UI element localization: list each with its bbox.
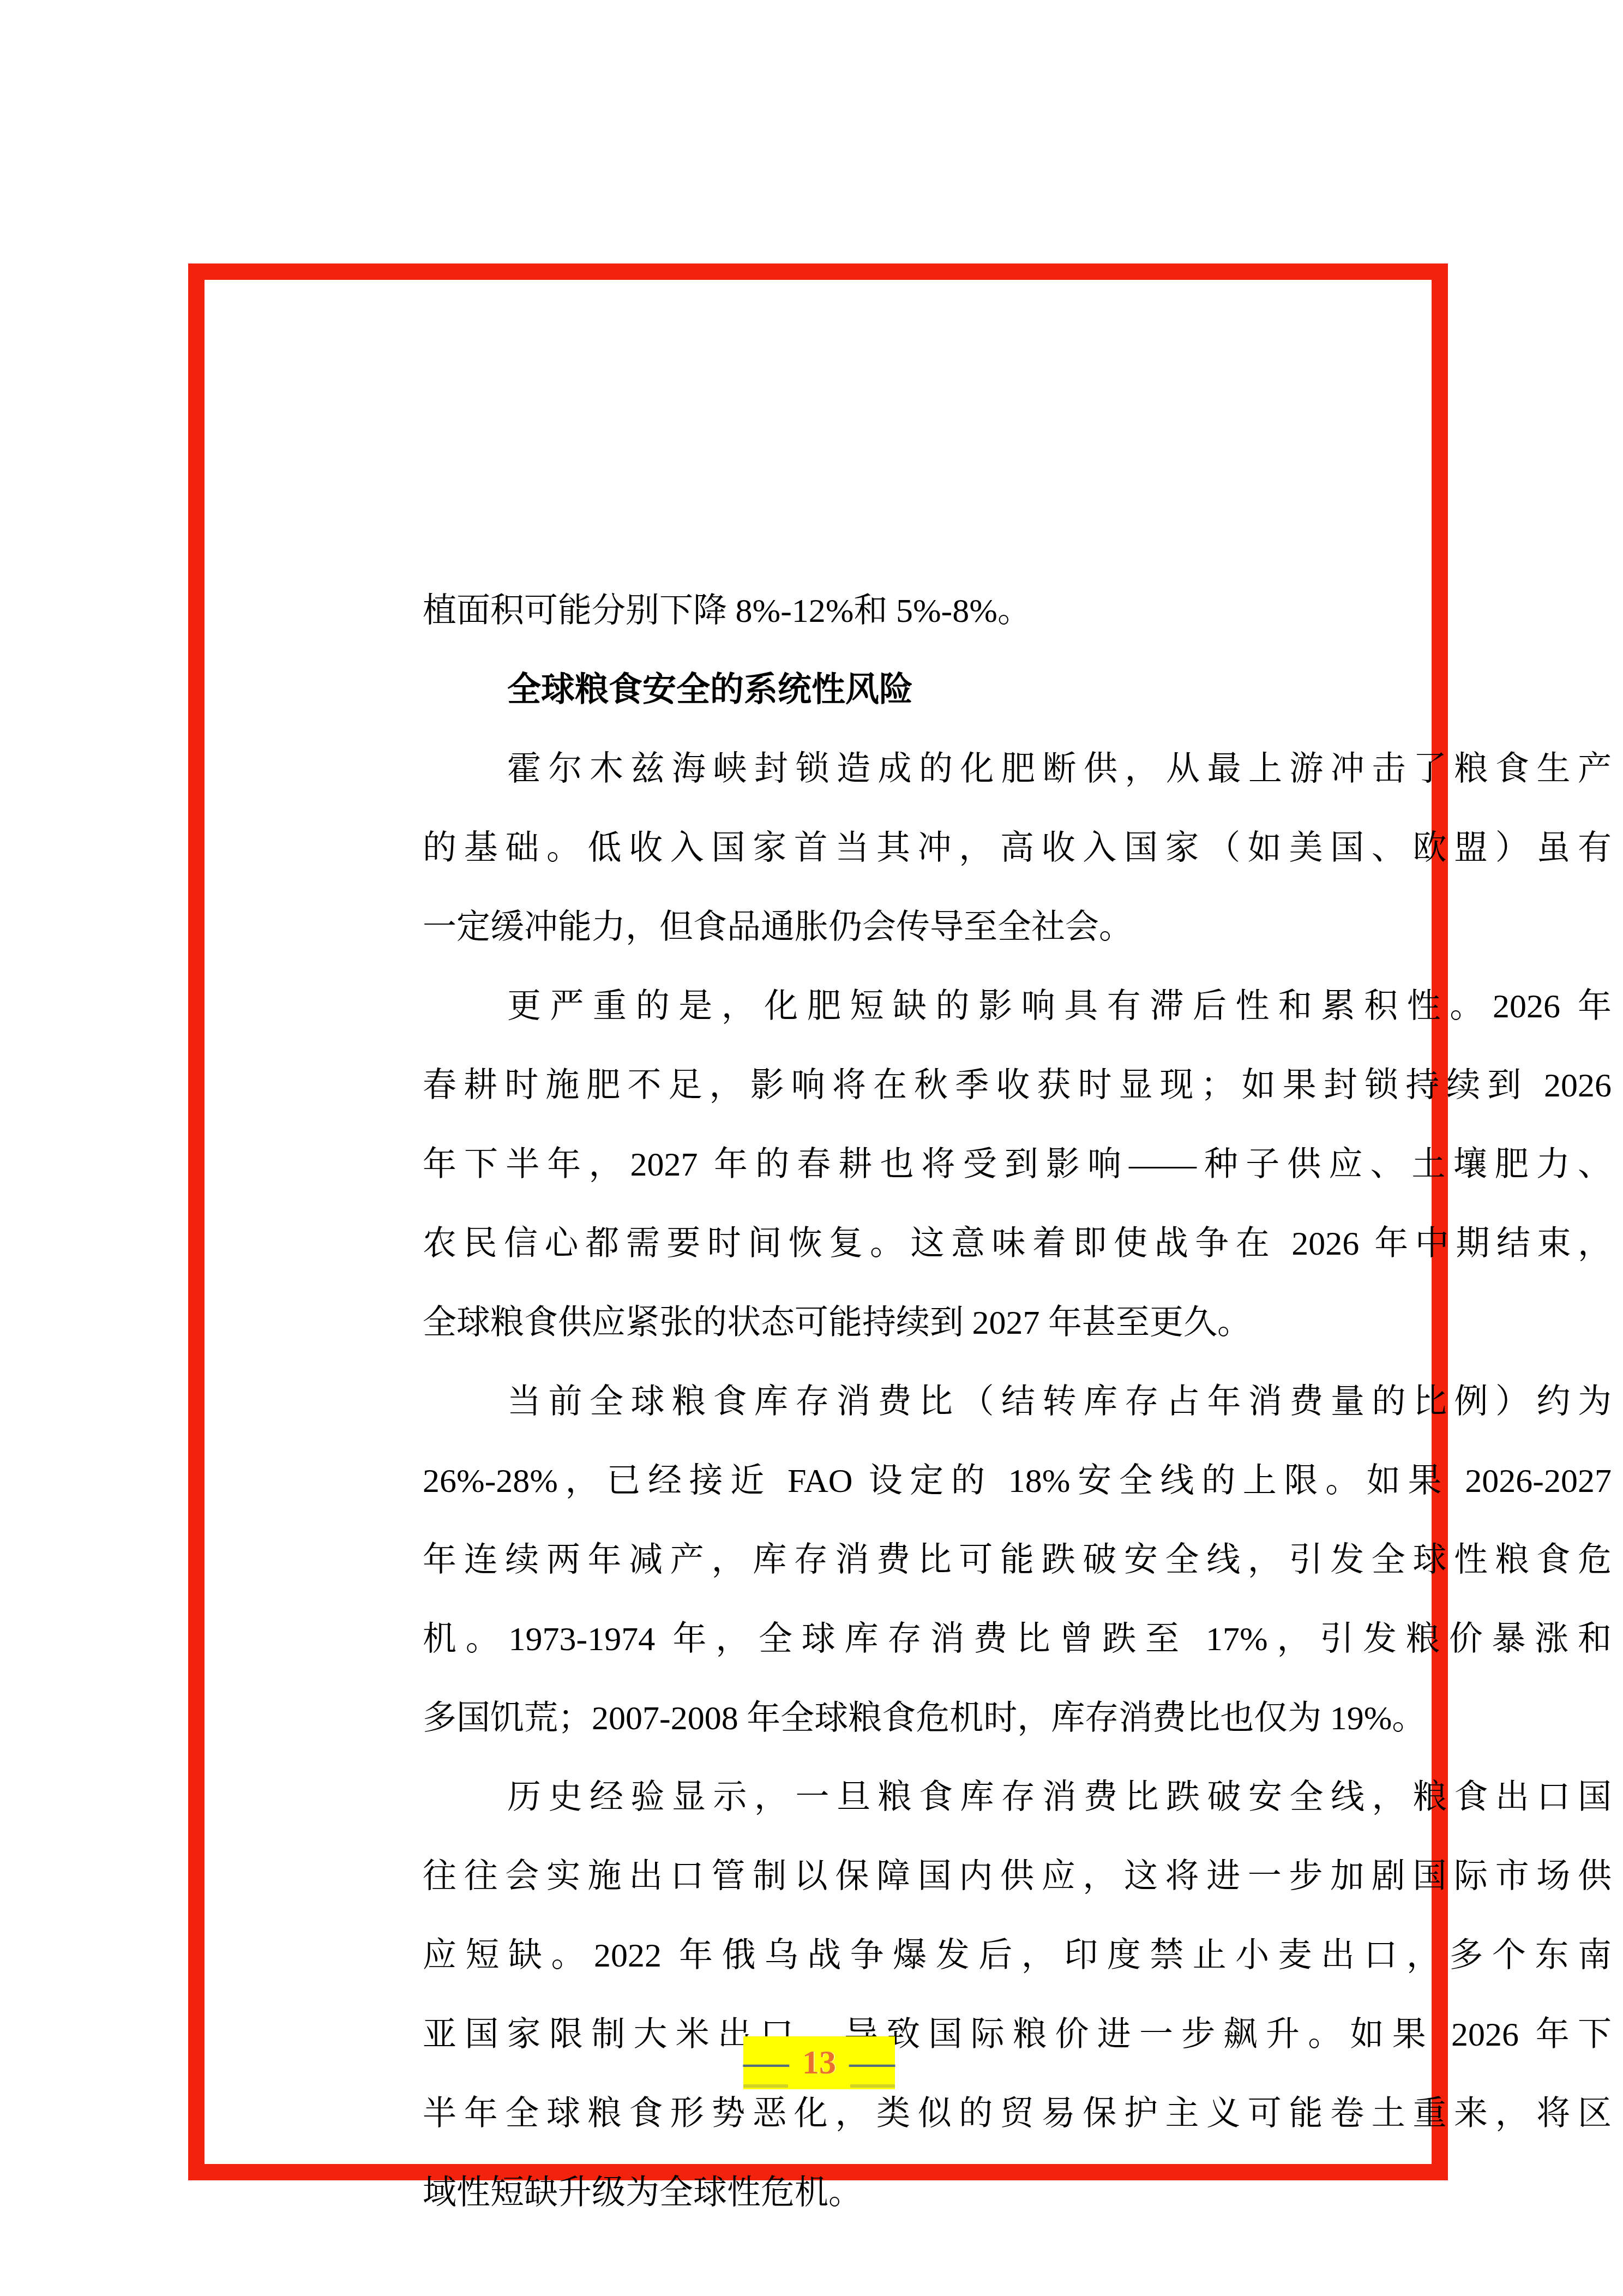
text-line: 年下半年，2027 年的春耕也将受到影响——种子供应、土壤肥力、 [423, 1125, 1612, 1204]
text-line: 半年全球粮食形势恶化，类似的贸易保护主义可能卷土重来，将区 [423, 2075, 1612, 2154]
footer-ghost-dash-left [743, 2084, 788, 2088]
text-line: 春耕时施肥不足，影响将在秋季收获时显现；如果封锁持续到 2026 [423, 1046, 1612, 1125]
text-line: 亚国家限制大米出口，导致国际粮价进一步飙升。如果 2026 年下 [423, 1995, 1612, 2075]
page-number-footer: — 13 — [743, 2036, 895, 2089]
footer-ghost-dash-right [850, 2084, 895, 2088]
text-line: 26%-28%，已经接近 FAO 设定的 18%安全线的上限。如果 2026-2… [423, 1442, 1612, 1521]
text-line: 一定缓冲能力，但食品通胀仍会传导至全社会。 [423, 888, 1612, 967]
text-line: 往往会实施出口管制以保障国内供应，这将进一步加剧国际市场供 [423, 1837, 1612, 1916]
text-line: 植面积可能分别下降 8%-12%和 5%-8%。 [423, 572, 1612, 651]
text-line: 多国饥荒；2007-2008 年全球粮食危机时，库存消费比也仅为 19%。 [423, 1679, 1612, 1758]
text-line: 的基础。低收入国家首当其冲，高收入国家（如美国、欧盟）虽有 [423, 809, 1612, 888]
text-lines: 植面积可能分别下降 8%-12%和 5%-8%。全球粮食安全的系统性风险霍尔木兹… [423, 572, 1612, 2233]
footer-dash-right: — [849, 2036, 895, 2089]
page-number: 13 [802, 2036, 836, 2089]
footer-dash-left: — [743, 2036, 789, 2089]
document-frame: 植面积可能分别下降 8%-12%和 5%-8%。全球粮食安全的系统性风险霍尔木兹… [188, 263, 1448, 2180]
text-line: 农民信心都需要时间恢复。这意味着即使战争在 2026 年中期结束， [423, 1204, 1612, 1284]
text-line: 当前全球粮食库存消费比（结转库存占年消费量的比例）约为 [423, 1363, 1612, 1442]
text-line: 应短缺。2022 年俄乌战争爆发后，印度禁止小麦出口，多个东南 [423, 1916, 1612, 1995]
text-line: 霍尔木兹海峡封锁造成的化肥断供，从最上游冲击了粮食生产 [423, 730, 1612, 809]
text-line: 更严重的是，化肥短缺的影响具有滞后性和累积性。2026 年 [423, 967, 1612, 1046]
text-line: 全球粮食供应紧张的状态可能持续到 2027 年甚至更久。 [423, 1284, 1612, 1363]
page: 植面积可能分别下降 8%-12%和 5%-8%。全球粮食安全的系统性风险霍尔木兹… [0, 0, 1623, 2296]
text-line: 历史经验显示，一旦粮食库存消费比跌破安全线，粮食出口国 [423, 1758, 1612, 1837]
text-line: 年连续两年减产，库存消费比可能跌破安全线，引发全球性粮食危 [423, 1521, 1612, 1600]
text-line: 机。1973-1974 年，全球库存消费比曾跌至 17%，引发粮价暴涨和 [423, 1600, 1612, 1679]
text-line: 域性短缺升级为全球性危机。 [423, 2154, 1612, 2233]
section-heading: 全球粮食安全的系统性风险 [423, 651, 1612, 730]
